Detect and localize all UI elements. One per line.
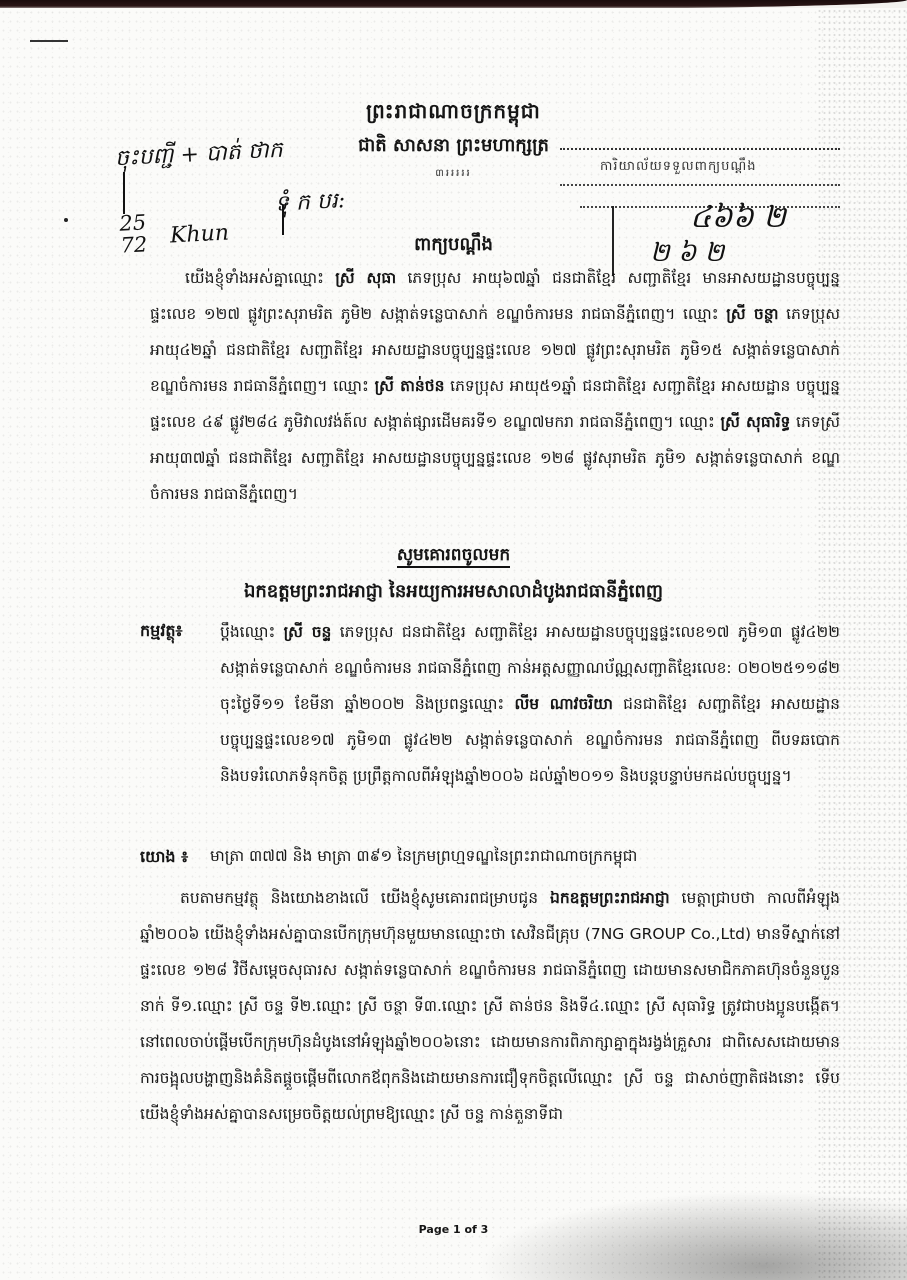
plaintiff-name: ស្រី ចន្ថា: [726, 305, 778, 323]
handwritten-note-line2: ទុំ ក បរ:: [274, 186, 346, 222]
basis-text: មាត្រា ៣៧៧ និង មាត្រា ៣៩១ នៃក្រមព្រហ្មទណ…: [210, 846, 637, 869]
fraction-bottom: 72: [120, 233, 148, 256]
intro-paragraph: យើងខ្ញុំទាំងអស់គ្នាឈ្មោះ ស្រី សុធា ភេទប្…: [150, 260, 840, 512]
handwritten-fraction: 25 72: [119, 211, 148, 256]
handwritten-stroke: [282, 205, 284, 235]
plaintiff-name: ស្រី តាន់ថន: [375, 377, 445, 395]
stamp-divider: [560, 184, 840, 186]
subject-paragraph: ប្តឹងឈ្មោះ ស្រី ចន្ទ ភេទប្រុស ជនជាតិខ្មែ…: [220, 614, 840, 794]
body-text: តបតាមកម្មវត្ថុ និងយោងខាងលើ យើងខ្ញុំសូមគោ…: [180, 889, 550, 907]
fraction-top: 25: [119, 211, 147, 234]
respectfully-heading-text: សូមគោរពចូលមក: [397, 545, 510, 568]
recipient-reference: ឯកឧត្តមព្រះរាជអាជ្ញា: [550, 889, 670, 907]
receipt-stamp: ការិយាល័យទទួលពាក្យបណ្តឹង ៤៦៦ ២ ២ ៦ ២: [560, 148, 840, 268]
defendant-name: ស្រី ចន្ទ: [284, 623, 332, 641]
handwritten-stroke: [123, 172, 125, 214]
corner-mark: [30, 40, 68, 42]
subject-label: កម្មវត្ថុ៖: [140, 620, 183, 644]
defendant-spouse-name: លីម ណាវចរិយា: [514, 695, 612, 713]
recipient-heading: ឯកឧត្តមព្រះរាជអាជ្ញា នៃអយ្យការអមសាលាដំបូ…: [0, 579, 907, 606]
intro-text: យើងខ្ញុំទាំងអស់គ្នាឈ្មោះ: [185, 269, 335, 287]
basis-label: យោង ៖: [140, 846, 188, 870]
body-text: មេត្តាជ្រាបថា កាលពីអំឡុងឆ្នាំ២០០៦ យើងខ្ញ…: [140, 889, 840, 1123]
margin-dot: [64, 218, 68, 222]
body-paragraph: តបតាមកម្មវត្ថុ និងយោងខាងលើ យើងខ្ញុំសូមគោ…: [140, 880, 840, 1132]
header-kingdom: ព្រះរាជាណាចក្រកម្ពុជា: [0, 98, 907, 128]
stamp-header-text: ការិយាល័យទទួលពាក្យបណ្តឹង: [600, 158, 757, 177]
handwritten-signature: Khun: [169, 220, 229, 248]
plaintiff-name: ស្រី សុធា: [335, 269, 396, 287]
respectfully-heading: សូមគោរពចូលមក: [0, 544, 907, 569]
page-number: Page 1 of 3: [0, 1223, 907, 1236]
plaintiff-name: ស្រី សុធារិទ្ធ: [721, 413, 791, 431]
subject-text: ប្តឹងឈ្មោះ: [220, 623, 284, 641]
